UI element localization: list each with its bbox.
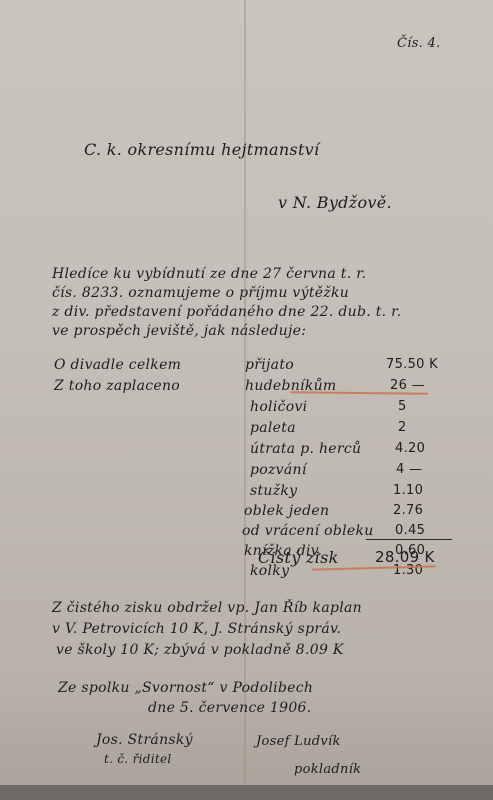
expense-amount: 1.10	[393, 483, 423, 498]
expense-amount: 2	[398, 420, 407, 435]
signature-title-1: t. č. řiditel	[104, 752, 172, 766]
expenses-label: Z toho zaplaceno	[54, 378, 180, 394]
expense-amount: 4 —	[396, 462, 422, 477]
addressee-line-1: C. k. okresnímu hejtmanství	[84, 140, 319, 159]
intro-line-1: Hledíce ku vybídnutí ze dne 27 června t.…	[52, 266, 366, 282]
signature-name-1: Jos. Stránský	[96, 732, 193, 748]
expense-amount: 4.20	[395, 441, 425, 456]
expense-item: holičovi	[250, 399, 307, 415]
intro-line-4: ve prospěch jeviště, jak následuje:	[52, 323, 306, 339]
page-bottom-edge	[0, 785, 493, 800]
sum-rule	[366, 539, 452, 540]
net-profit-amount: 28.09 K	[375, 548, 435, 566]
signature-name-2: Josef Ludvík	[256, 734, 341, 749]
expense-amount: 26 —	[390, 378, 425, 393]
distribution-line-2: v V. Petrovicích 10 K, J. Stránský správ…	[52, 621, 341, 637]
income-sublabel: přijato	[245, 357, 294, 373]
expense-item: stužky	[250, 483, 297, 499]
net-profit-label: Čistý zisk	[258, 548, 339, 567]
income-label: O divadle celkem	[54, 357, 181, 373]
red-underline	[290, 391, 428, 394]
intro-line-3: z div. představení pořádaného dne 22. du…	[52, 304, 401, 320]
expense-amount: 2.76	[393, 503, 423, 518]
addressee-line-2: v N. Bydžově.	[278, 193, 392, 212]
expense-item: pozvání	[250, 462, 307, 478]
distribution-line-3: ve školy 10 K; zbývá v pokladně 8.09 K	[56, 642, 344, 658]
expense-item: paleta	[250, 420, 296, 436]
signature-title-2: pokladník	[294, 762, 361, 777]
expense-item: od vrácení obleku	[242, 523, 374, 539]
expense-item: útrata p. herců	[250, 441, 361, 457]
intro-line-2: čís. 8233. oznamujeme o příjmu výtěžku	[52, 285, 349, 301]
income-amount: 75.50 K	[386, 357, 438, 372]
paper-fold	[244, 0, 246, 792]
closing-date: dne 5. července 1906.	[148, 700, 312, 716]
expense-amount: 0.45	[395, 523, 425, 538]
closing-place: Ze spolku „Svornost“ v Podolibech	[58, 680, 313, 696]
expense-amount: 5	[398, 399, 407, 414]
expense-item: oblek jeden	[244, 503, 329, 519]
document-page: Čís. 4. C. k. okresnímu hejtmanství v N.…	[0, 0, 493, 792]
distribution-line-1: Z čistého zisku obdržel vp. Jan Říb kapl…	[52, 600, 362, 616]
page-number: Čís. 4.	[397, 36, 441, 51]
